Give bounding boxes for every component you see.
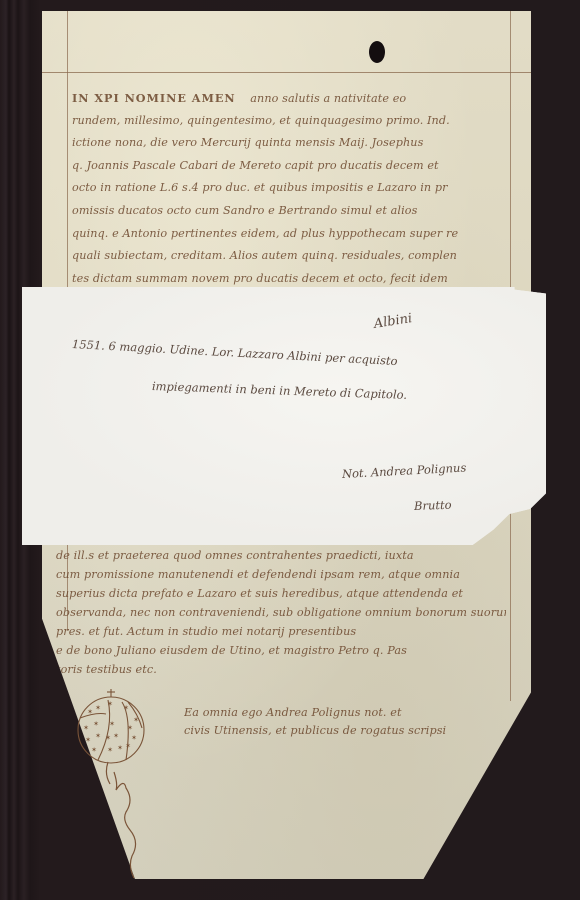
top-margin-rule bbox=[42, 72, 531, 73]
label-surname: Albini bbox=[373, 311, 413, 332]
text-line: pres. et fut. Actum in studio mei notari… bbox=[56, 622, 506, 641]
lower-text-block: de ill.s et praeterea quod omnes contrah… bbox=[56, 546, 506, 679]
label-initials: Brutto bbox=[414, 498, 452, 513]
notarial-subscription: Ea omnia ego Andrea Polignus not. et civ… bbox=[184, 704, 514, 740]
text-line: tes dictam summam novem pro ducatis dece… bbox=[72, 268, 502, 291]
notarial-seal-icon: ✶✶✶ ✶✶✶ ✶✶✶ ✶✶✶ ✶✶✶ ✶✶✶ bbox=[72, 688, 150, 766]
svg-text:✶: ✶ bbox=[117, 744, 123, 752]
subscription-line: civis Utinensis, et publicus de rogatus … bbox=[184, 722, 514, 740]
text-line: toris testibus etc. bbox=[56, 660, 506, 679]
label-line-2: impiegamenti in beni in Mereto di Capito… bbox=[152, 379, 408, 402]
signum-flourish-icon bbox=[100, 760, 160, 880]
svg-text:✶: ✶ bbox=[95, 732, 101, 740]
text-line: ictione nona, die vero Mercurij quinta m… bbox=[72, 132, 502, 155]
text-line: octo in ratione L.6 s.4 pro duc. et quib… bbox=[72, 177, 502, 200]
svg-text:✶: ✶ bbox=[107, 746, 113, 754]
text-line: observanda, nec non contraveniendi, sub … bbox=[56, 603, 506, 622]
text-line: de ill.s et praeterea quod omnes contrah… bbox=[56, 546, 506, 565]
text-line: q. Joannis Pascale Cabari de Mereto capi… bbox=[72, 155, 502, 178]
svg-text:✶: ✶ bbox=[125, 742, 131, 750]
svg-text:✶: ✶ bbox=[105, 734, 111, 742]
punch-hole bbox=[369, 41, 385, 63]
label-notary: Not. Andrea Polignus bbox=[342, 460, 467, 480]
text-line: quinq. e Antonio pertinentes eidem, ad p… bbox=[72, 223, 502, 246]
svg-text:✶: ✶ bbox=[87, 708, 93, 716]
svg-text:✶: ✶ bbox=[127, 724, 133, 732]
invocation: IN XPI NOMINE AMEN bbox=[72, 91, 236, 105]
text-line: cum promissione manutenendi et defendend… bbox=[56, 565, 506, 584]
svg-text:✶: ✶ bbox=[107, 700, 113, 708]
svg-text:✶: ✶ bbox=[95, 704, 101, 712]
text-line-1: IN XPI NOMINE AMEN anno salutis a nativi… bbox=[72, 87, 502, 110]
svg-text:✶: ✶ bbox=[113, 732, 119, 740]
text-line: superius dicta prefato e Lazaro et suis … bbox=[56, 584, 506, 603]
text-line: e de bono Juliano eiusdem de Utino, et m… bbox=[56, 641, 506, 660]
svg-text:✶: ✶ bbox=[85, 736, 91, 744]
archival-label: Albini 1551. 6 maggio. Udine. Lor. Lazza… bbox=[22, 287, 546, 545]
text-line: rundem, millesimo, quingentesimo, et qui… bbox=[72, 110, 502, 133]
svg-text:✶: ✶ bbox=[131, 734, 137, 742]
svg-text:✶: ✶ bbox=[83, 724, 89, 732]
svg-text:✶: ✶ bbox=[123, 704, 129, 712]
subscription-line: Ea omnia ego Andrea Polignus not. et bbox=[184, 704, 514, 722]
svg-text:✶: ✶ bbox=[109, 720, 115, 728]
text-line: omissis ducatos octo cum Sandro e Bertra… bbox=[72, 200, 502, 223]
svg-text:✶: ✶ bbox=[93, 720, 99, 728]
svg-text:✶: ✶ bbox=[91, 746, 97, 754]
svg-text:✶: ✶ bbox=[133, 716, 139, 724]
text-line: quali subiectam, creditam. Alios autem q… bbox=[72, 245, 502, 268]
label-line-1: 1551. 6 maggio. Udine. Lor. Lazzaro Albi… bbox=[72, 337, 398, 368]
